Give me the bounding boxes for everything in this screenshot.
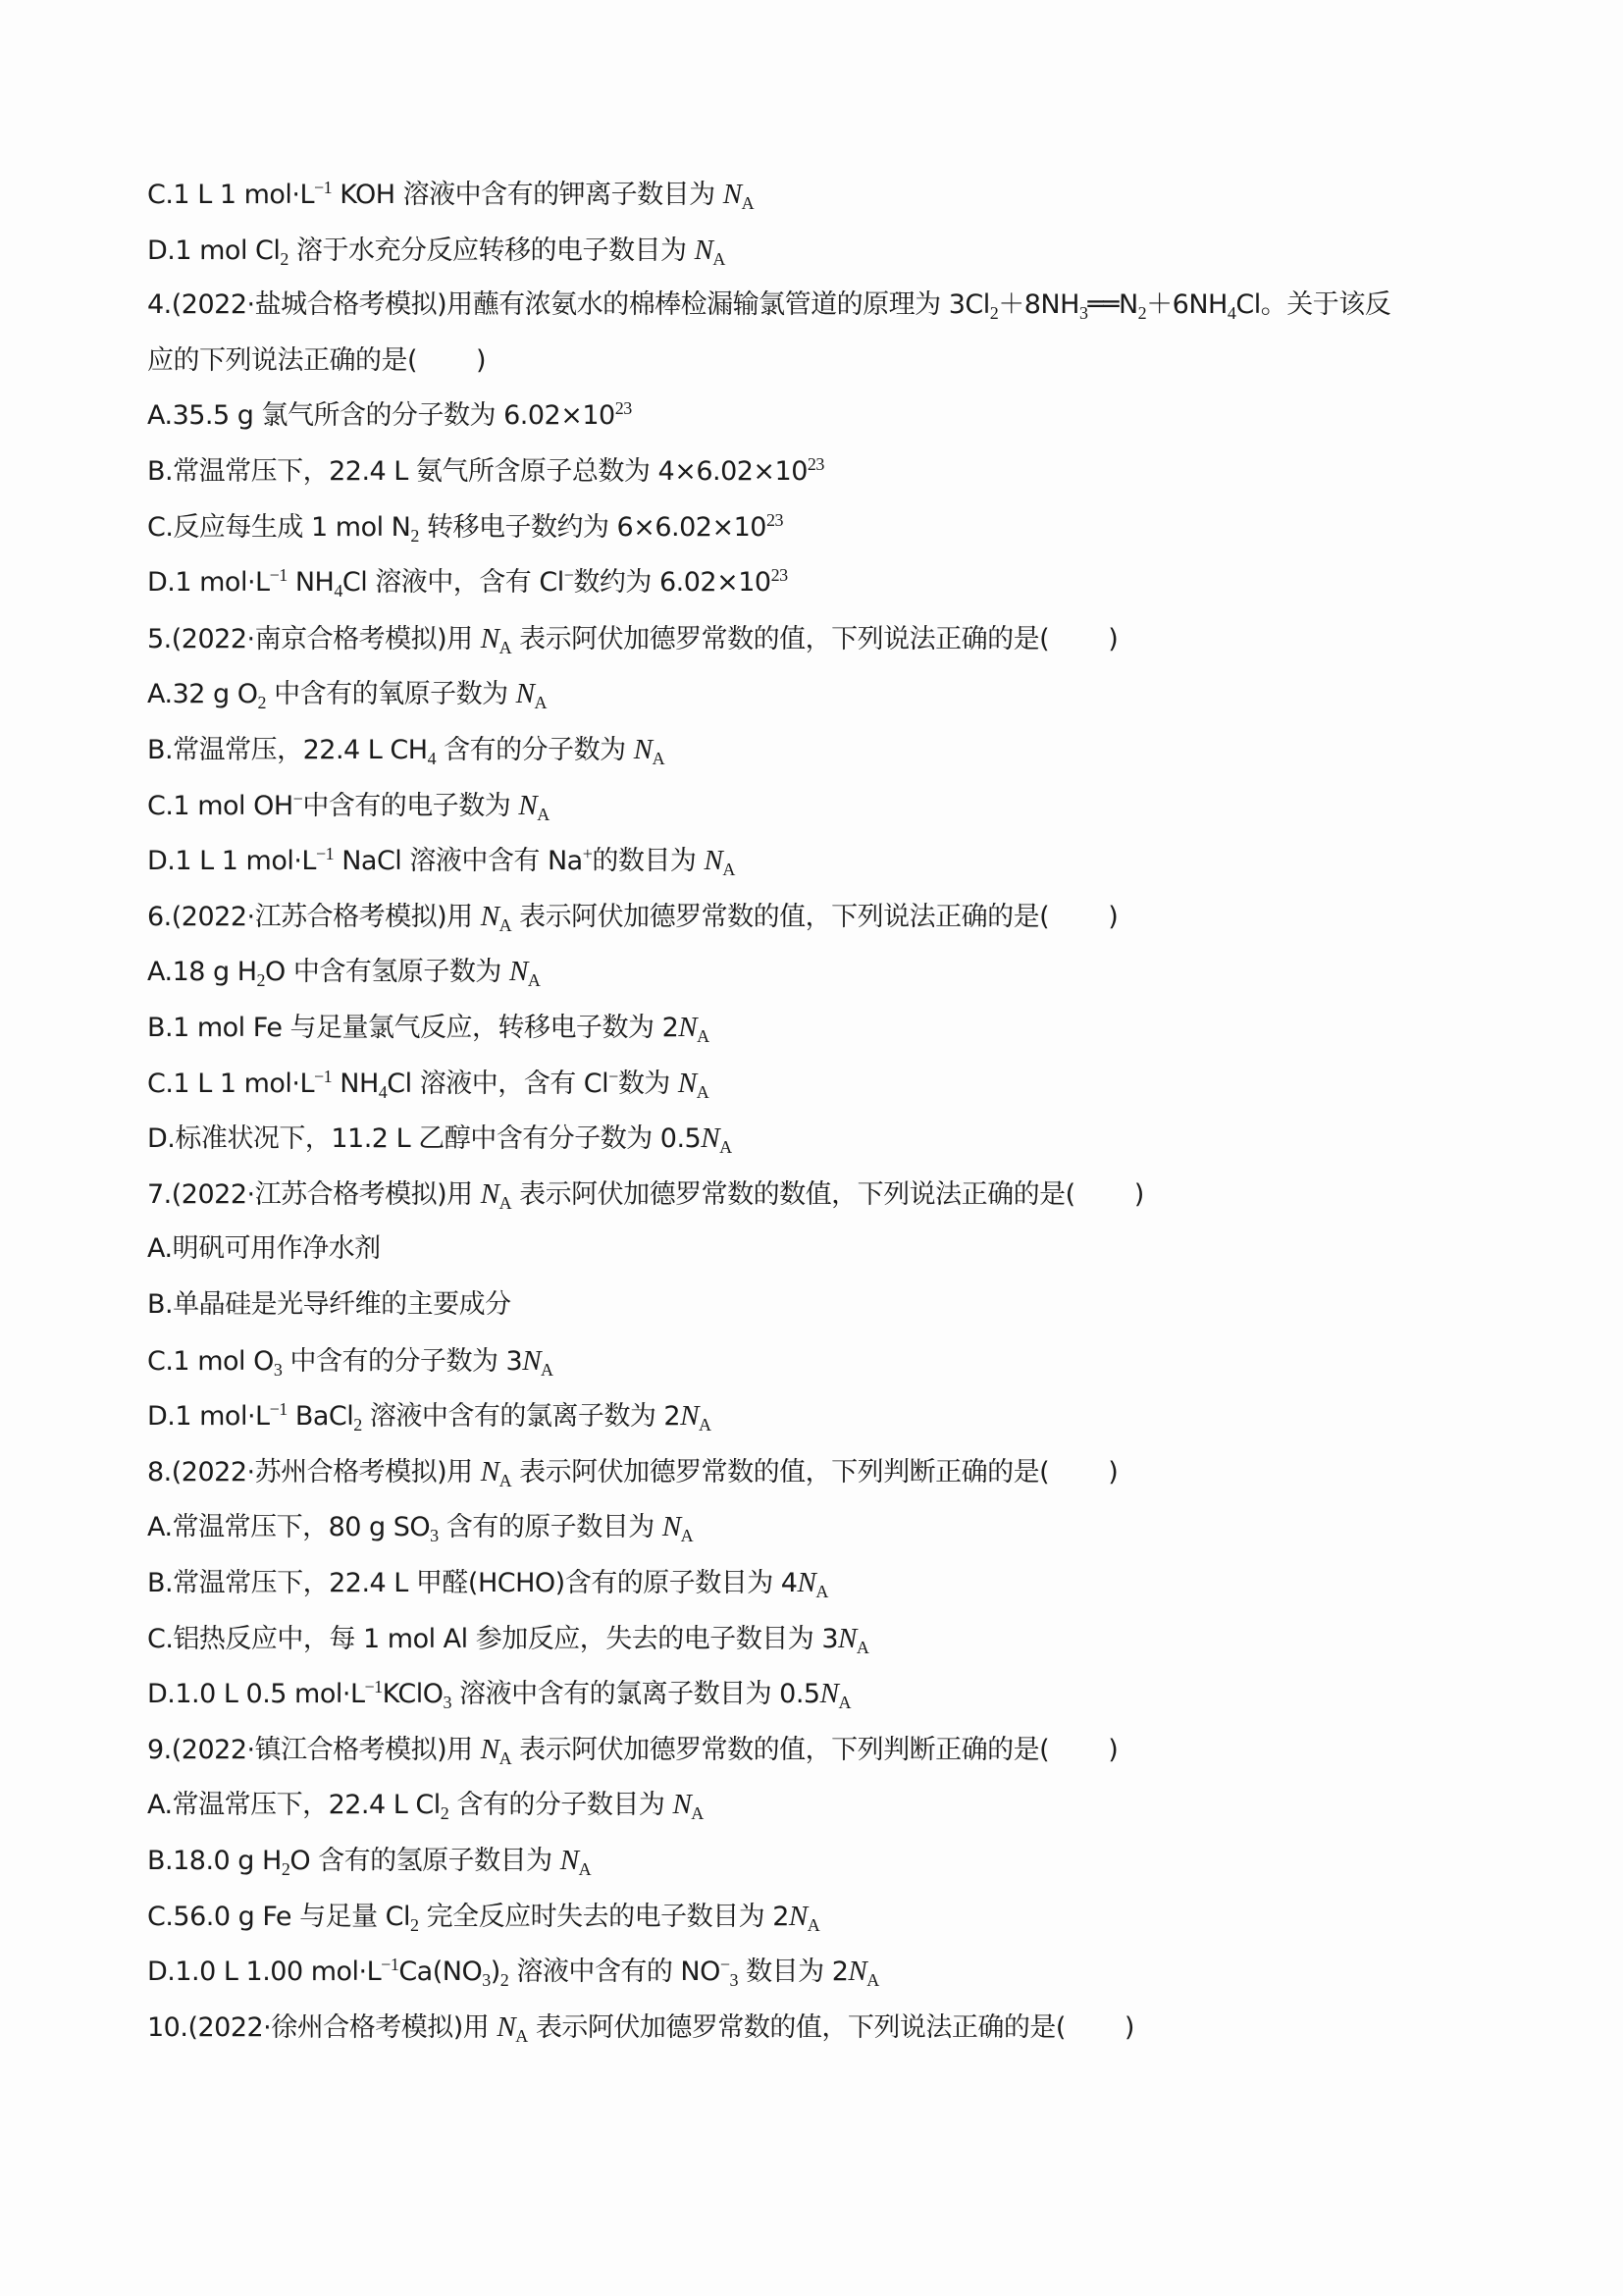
text-segment: 溶于水充分反应转移的电子数目为 [288, 235, 695, 266]
text-segment: 23 [766, 510, 783, 530]
text-segment: 2 [990, 303, 999, 323]
text-segment: −1 [314, 178, 332, 197]
answer-option: A.明矾可用作净水剂 [147, 1229, 381, 1269]
answer-option: B.常温常压下，22.4 L 甲醛(HCHO)含有的原子数目为 4NA [147, 1563, 828, 1603]
text-segment: N [522, 1345, 541, 1377]
text-segment: 的数目为 [592, 846, 704, 876]
text-segment: 3 [730, 1970, 739, 1990]
question-stem: 4.(2022·盐城合格考模拟)用蘸有浓氨水的棉棒检漏输氯管道的原理为 3Cl2… [147, 286, 1390, 325]
text-segment: C.1 mol OH [147, 791, 293, 821]
answer-option: B.单晶硅是光导纤维的主要成分 [147, 1285, 511, 1325]
text-segment: A.明矾可用作净水剂 [147, 1233, 381, 1264]
text-segment: −1 [381, 1955, 398, 1974]
text-segment: ) [1108, 624, 1118, 654]
document-page: C.1 L 1 mol·L−1 KOH 溶液中含有的钾离子数目为 NAD.1 m… [0, 0, 1623, 2296]
text-segment: 4.(2022·盐城合格考模拟)用蘸有浓氨水的棉棒检漏输氯管道的原理为 3Cl [147, 289, 990, 320]
text-segment: NH [332, 1069, 379, 1099]
text-segment: A [699, 1415, 711, 1435]
text-segment: ) [1134, 1179, 1144, 1210]
text-segment: −1 [270, 565, 288, 585]
text-segment: 表示阿伏加德罗常数的值，下列说法正确的是( [511, 624, 1049, 654]
text-segment: 3 [444, 1693, 452, 1712]
text-segment: A [808, 1915, 820, 1935]
text-segment: A [537, 805, 550, 824]
text-segment: 数约为 6.02×10 [573, 567, 770, 598]
question-stem-continued: 应的下列说法正确的是() [147, 341, 486, 381]
answer-option: A.常温常压下，22.4 L Cl2 含有的分子数目为 NA [147, 1785, 704, 1825]
text-segment: ) [1108, 1457, 1118, 1487]
text-segment: B.常温常压下，22.4 L 氨气所含原子总数为 4×6.02×10 [147, 456, 808, 487]
question-stem: 8.(2022·苏州合格考模拟)用 NA 表示阿伏加德罗常数的值，下列判断正确的… [147, 1452, 1118, 1492]
answer-option: B.18.0 g H2O 含有的氢原子数目为 NA [147, 1841, 591, 1881]
text-segment: A.常温常压下，22.4 L Cl [147, 1790, 441, 1820]
text-segment: N [560, 1845, 579, 1876]
text-segment: N [481, 901, 499, 932]
text-segment: B.1 mol Fe 与足量氯气反应，转移电子数为 2 [147, 1013, 678, 1043]
text-segment: 中含有的氧原子数为 [266, 679, 516, 709]
text-segment: 2 [257, 970, 266, 990]
text-segment: C.1 L 1 mol·L [147, 180, 314, 210]
text-segment: B.常温常压，22.4 L CH [147, 735, 428, 765]
text-segment: N [672, 1789, 691, 1820]
text-segment: 3 [430, 1526, 439, 1545]
question-stem: 6.(2022·江苏合格考模拟)用 NA 表示阿伏加德罗常数的值，下列说法正确的… [147, 897, 1118, 937]
text-segment: B.常温常压下，22.4 L 甲醛(HCHO)含有的原子数目为 4 [147, 1568, 797, 1598]
text-segment: − [720, 1955, 730, 1974]
text-segment: 表示阿伏加德罗常数的值，下列说法正确的是( [528, 2012, 1066, 2043]
answer-option: C.1 L 1 mol·L−1 NH4Cl 溶液中，含有 Cl−数为 NA [147, 1064, 708, 1104]
text-segment: 2 [353, 1415, 362, 1435]
text-segment: BaCl [288, 1401, 354, 1432]
text-segment: 2 [410, 1915, 419, 1935]
text-segment: 完全反应时失去的电子数目为 2 [419, 1902, 789, 1932]
text-segment: N [509, 956, 528, 987]
text-segment: A [866, 1970, 879, 1990]
text-segment: ＋8NH [998, 289, 1079, 320]
answer-option: A.35.5 g 氯气所含的分子数为 6.02×1023 [147, 396, 632, 436]
text-segment: N [481, 623, 499, 654]
answer-option: D.1.0 L 1.00 mol·L−1Ca(NO3)2 溶液中含有的 NO−3… [147, 1952, 879, 1992]
text-segment: N [497, 2011, 515, 2043]
answer-option: B.常温常压下，22.4 L 氨气所含原子总数为 4×6.02×1023 [147, 452, 824, 492]
text-segment: B.单晶硅是光导纤维的主要成分 [147, 1289, 511, 1320]
text-segment: KClO [383, 1679, 444, 1709]
text-segment: D.1 L 1 mol·L [147, 846, 316, 876]
text-segment: A [535, 693, 548, 712]
text-segment: 10.(2022·徐州合格考模拟)用 [147, 2012, 497, 2043]
text-segment: ══N [1087, 289, 1137, 320]
text-segment: N [820, 1678, 839, 1709]
question-stem: 10.(2022·徐州合格考模拟)用 NA 表示阿伏加德罗常数的值，下列说法正确… [147, 2008, 1134, 2048]
text-segment: ) [476, 345, 486, 376]
text-segment: − [564, 565, 574, 585]
answer-option: D.1 mol·L−1 NH4Cl 溶液中，含有 Cl−数约为 6.02×102… [147, 563, 788, 602]
text-segment: C.反应每生成 1 mol N [147, 512, 410, 543]
text-segment: C.56.0 g Fe 与足量 Cl [147, 1902, 410, 1932]
text-segment: A [653, 749, 665, 768]
text-segment: ) [1108, 902, 1118, 932]
text-segment: D.1 mol·L [147, 567, 270, 598]
answer-option: C.56.0 g Fe 与足量 Cl2 完全反应时失去的电子数目为 2NA [147, 1897, 819, 1937]
text-segment: 9.(2022·镇江合格考模拟)用 [147, 1735, 481, 1765]
text-segment: N [704, 845, 722, 876]
text-segment: A [691, 1803, 704, 1823]
text-segment: 4 [334, 581, 342, 600]
answer-option: C.1 L 1 mol·L−1 KOH 溶液中含有的钾离子数目为 NA [147, 175, 754, 215]
text-segment: D.1.0 L 0.5 mol·L [147, 1679, 365, 1709]
text-segment: A [499, 638, 512, 657]
text-segment: Ca(NO [398, 1957, 482, 1987]
text-segment: N [789, 1901, 808, 1932]
text-segment: 溶液中含有的氯离子数目为 0.5 [451, 1679, 820, 1709]
text-segment: 表示阿伏加德罗常数的数值，下列说法正确的是( [511, 1179, 1075, 1210]
answer-option: B.常温常压，22.4 L CH4 含有的分子数为 NA [147, 730, 664, 770]
text-segment: KOH 溶液中含有的钾离子数目为 [332, 180, 723, 210]
text-segment: 溶液中含有的氯离子数为 2 [362, 1401, 680, 1432]
text-segment: 表示阿伏加德罗常数的值，下列说法正确的是( [511, 902, 1049, 932]
text-segment: D.1 mol Cl [147, 235, 280, 266]
answer-option: C.铝热反应中，每 1 mol Al 参加反应，失去的电子数目为 3NA [147, 1619, 868, 1659]
text-segment: 含有的原子数目为 [439, 1512, 662, 1542]
text-segment: O 中含有氢原子数为 [265, 957, 509, 987]
answer-option: C.1 mol OH−中含有的电子数为 NA [147, 786, 550, 826]
text-segment: D.标准状况下，11.2 L 乙醇中含有分子数为 0.5 [147, 1123, 701, 1154]
answer-option: C.1 mol O3 中含有的分子数为 3NA [147, 1341, 553, 1382]
text-segment: −1 [270, 1399, 288, 1419]
text-segment: A [815, 1582, 828, 1601]
text-segment: A.35.5 g 氯气所含的分子数为 6.02×10 [147, 400, 615, 431]
text-segment: A.32 g O [147, 679, 258, 709]
text-segment: N [518, 790, 537, 821]
text-segment: ) [1125, 2012, 1134, 2043]
text-segment: C.1 mol O [147, 1346, 274, 1377]
text-segment: A [528, 970, 541, 990]
text-segment: −1 [316, 844, 334, 863]
text-segment: N [481, 1456, 499, 1487]
text-segment: A [697, 1082, 709, 1102]
answer-option: D.1 L 1 mol·L−1 NaCl 溶液中含有 Na+的数目为 NA [147, 841, 735, 881]
text-segment: 中含有的分子数为 3 [282, 1346, 522, 1377]
text-segment: O 含有的氢原子数目为 [289, 1846, 559, 1876]
text-segment: 3 [482, 1970, 491, 1990]
text-segment: A [712, 249, 725, 269]
text-segment: D.1.0 L 1.00 mol·L [147, 1957, 381, 1987]
text-segment: Cl。关于该反 [1235, 289, 1390, 320]
answer-option: A.32 g O2 中含有的氧原子数为 NA [147, 674, 547, 714]
text-segment: N [481, 1178, 499, 1210]
text-segment: N [680, 1400, 699, 1432]
text-segment: 表示阿伏加德罗常数的值，下列判断正确的是( [511, 1735, 1049, 1765]
text-segment: 表示阿伏加德罗常数的值，下列判断正确的是( [511, 1457, 1049, 1487]
text-segment: A [681, 1526, 694, 1545]
answer-option: D.1.0 L 0.5 mol·L−1KClO3 溶液中含有的氯离子数目为 0.… [147, 1674, 851, 1714]
text-segment: B.18.0 g H [147, 1846, 282, 1876]
text-segment: 2 [410, 526, 419, 546]
text-segment: 7.(2022·江苏合格考模拟)用 [147, 1179, 481, 1210]
text-segment: A [857, 1638, 869, 1657]
text-segment: 23 [808, 454, 824, 474]
text-segment: −1 [365, 1677, 383, 1696]
text-segment: N [678, 1012, 697, 1043]
text-segment: N [662, 1511, 681, 1542]
text-segment: N [516, 678, 535, 709]
question-stem: 5.(2022·南京合格考模拟)用 NA 表示阿伏加德罗常数的值，下列说法正确的… [147, 619, 1118, 659]
text-segment: ) [1108, 1735, 1118, 1765]
text-segment: N [678, 1068, 697, 1099]
text-segment: A [838, 1693, 851, 1712]
text-segment: NaCl 溶液中含有 Na [334, 846, 583, 876]
text-segment: 含有的分子数目为 [448, 1790, 672, 1820]
text-segment: A [719, 1137, 732, 1157]
text-segment: C.铝热反应中，每 1 mol Al 参加反应，失去的电子数目为 3 [147, 1624, 838, 1654]
answer-option: D.1 mol·L−1 BaCl2 溶液中含有的氯离子数为 2NA [147, 1396, 710, 1436]
answer-option: D.1 mol Cl2 溶于水充分反应转移的电子数目为 NA [147, 231, 725, 271]
text-segment: C.1 L 1 mol·L [147, 1069, 314, 1099]
text-segment: N [695, 235, 713, 266]
text-segment: 数为 [618, 1069, 678, 1099]
answer-option: B.1 mol Fe 与足量氯气反应，转移电子数为 2NA [147, 1008, 709, 1048]
question-stem: 7.(2022·江苏合格考模拟)用 NA 表示阿伏加德罗常数的数值，下列说法正确… [147, 1174, 1144, 1215]
text-segment: A [579, 1859, 592, 1879]
text-segment: 8.(2022·苏州合格考模拟)用 [147, 1457, 481, 1487]
answer-option: D.标准状况下，11.2 L 乙醇中含有分子数为 0.5NA [147, 1119, 732, 1159]
text-segment: N [838, 1623, 857, 1654]
text-segment: N [723, 179, 742, 210]
text-segment: N [634, 734, 653, 765]
text-segment: 应的下列说法正确的是( [147, 345, 417, 376]
text-segment: A [742, 193, 755, 213]
text-segment: A [541, 1360, 553, 1380]
text-segment: ) [491, 1957, 500, 1987]
text-segment: NH [288, 567, 335, 598]
text-segment: A [697, 1026, 709, 1046]
text-segment: N [481, 1734, 499, 1765]
answer-option: A.常温常压下，80 g SO3 含有的原子数目为 NA [147, 1507, 693, 1547]
text-segment: 23 [771, 565, 788, 585]
text-segment: A [499, 1193, 512, 1213]
text-segment: 4 [379, 1082, 388, 1102]
text-segment: 2 [1138, 303, 1147, 323]
text-segment: 2 [280, 249, 288, 269]
text-segment: 含有的分子数为 [436, 735, 634, 765]
text-segment: A.常温常压下，80 g SO [147, 1512, 430, 1542]
text-segment: 2 [500, 1970, 509, 1990]
text-segment: A [499, 915, 512, 935]
answer-option: A.18 g H2O 中含有氢原子数为 NA [147, 952, 540, 992]
text-segment: N [848, 1956, 866, 1987]
text-segment: + [583, 844, 593, 863]
text-segment: − [293, 789, 303, 809]
text-segment: Cl 溶液中，含有 Cl [387, 1069, 608, 1099]
text-segment: 2 [441, 1803, 449, 1823]
text-segment: 23 [615, 398, 632, 418]
text-segment: 溶液中含有的 NO [508, 1957, 720, 1987]
text-segment: ＋6NH [1146, 289, 1228, 320]
text-segment: A [499, 1748, 512, 1768]
answer-option: C.反应每生成 1 mol N2 转移电子数约为 6×6.02×1023 [147, 508, 783, 548]
text-segment: A.18 g H [147, 957, 257, 987]
text-segment: A [515, 2026, 528, 2046]
text-segment: −1 [314, 1067, 332, 1086]
text-segment: N [797, 1567, 815, 1598]
text-segment: 数目为 2 [738, 1957, 848, 1987]
question-stem: 9.(2022·镇江合格考模拟)用 NA 表示阿伏加德罗常数的值，下列判断正确的… [147, 1730, 1118, 1770]
text-segment: 5.(2022·南京合格考模拟)用 [147, 624, 481, 654]
text-segment: 6.(2022·江苏合格考模拟)用 [147, 902, 481, 932]
text-segment: N [701, 1122, 719, 1154]
text-segment: A [499, 1471, 512, 1490]
text-segment: 中含有的电子数为 [302, 791, 518, 821]
text-segment: 2 [258, 693, 267, 712]
text-segment: D.1 mol·L [147, 1401, 270, 1432]
text-segment: Cl 溶液中，含有 Cl [342, 567, 564, 598]
text-segment: 转移电子数约为 6×6.02×10 [419, 512, 766, 543]
text-segment: 4 [428, 749, 437, 768]
text-segment: − [608, 1067, 618, 1086]
text-segment: A [722, 860, 735, 879]
